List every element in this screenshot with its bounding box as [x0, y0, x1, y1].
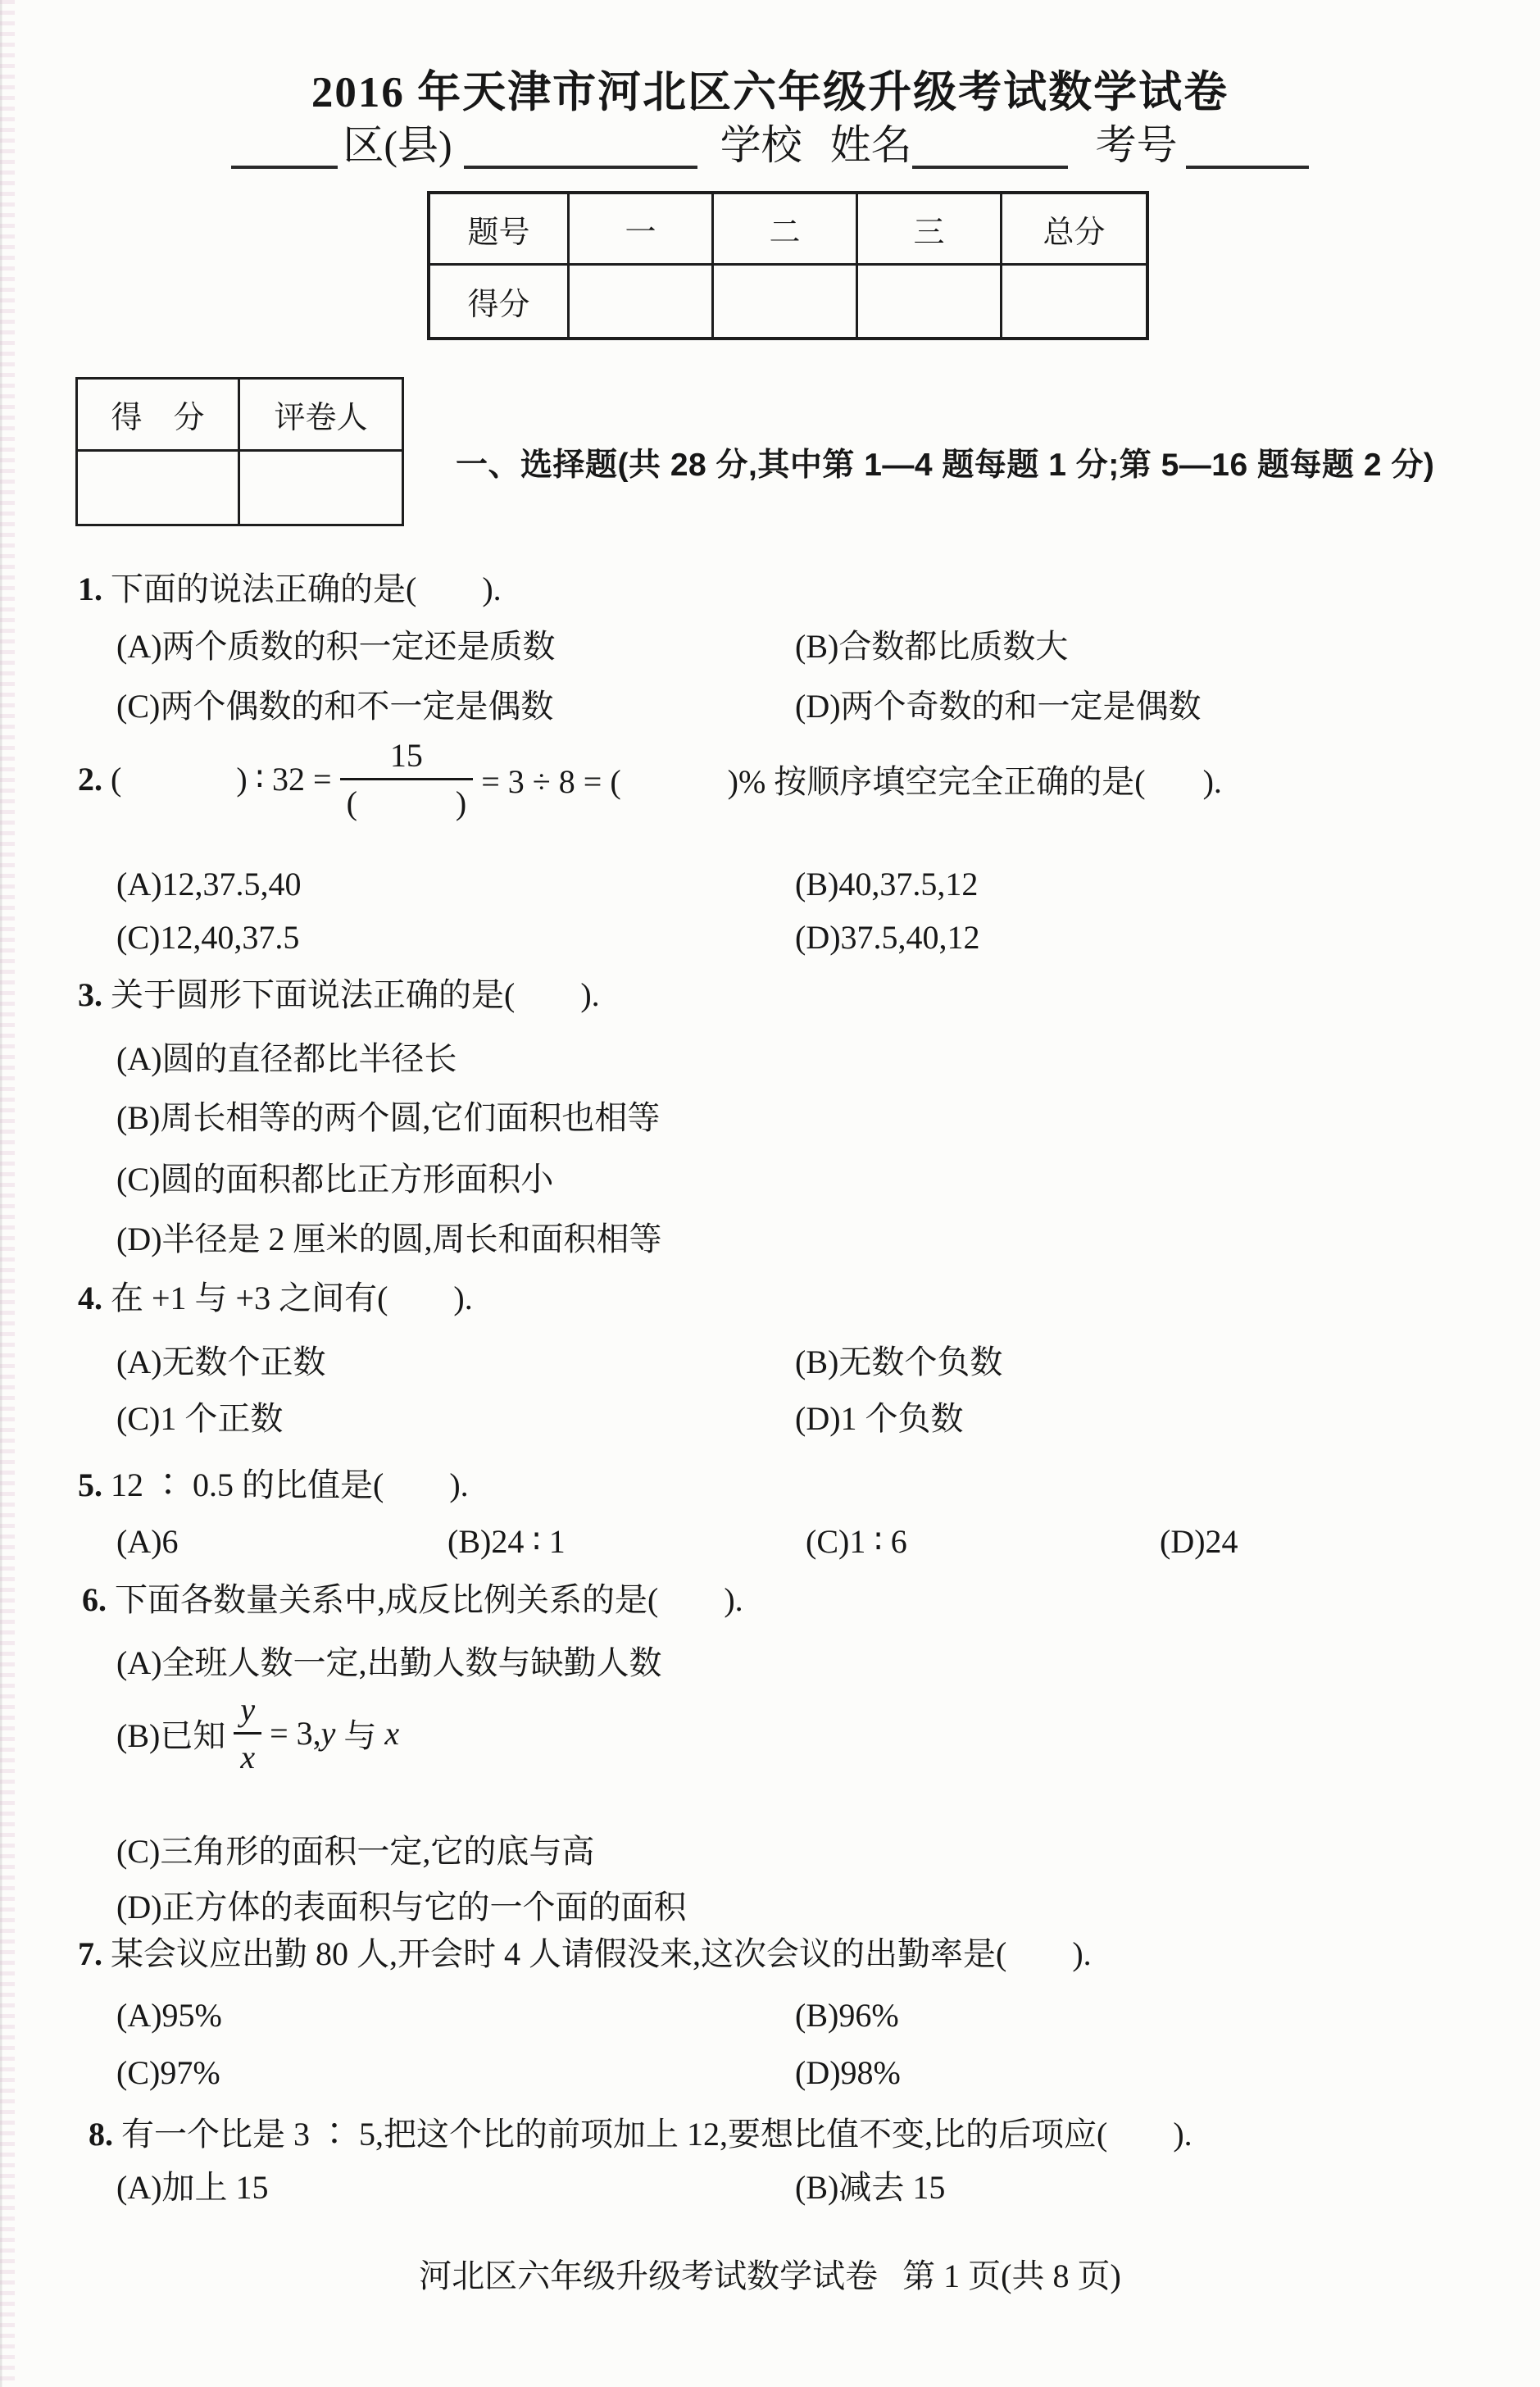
score-table-col-total: 总分: [1002, 194, 1146, 266]
score-table-col-3: 三: [858, 194, 1002, 266]
question-2-stem: 2. ( ) ∶ 32 =15( )= 3 ÷ 8 = ( )% 按顺序填空完全…: [78, 736, 1222, 822]
question-5-option-d: (D)24: [1160, 1522, 1238, 1562]
grader-person-empty: [240, 452, 402, 524]
exam-no-blank-line: [1186, 120, 1309, 169]
question-3-option-c: (C)圆的面积都比正方形面积小: [116, 1160, 553, 1199]
question-1-option-b: (B)合数都比质数大: [795, 627, 1068, 666]
question-8-option-b: (B)减去 15: [795, 2168, 945, 2207]
question-6-fraction: yx: [234, 1690, 261, 1776]
exam-title: 2016 年天津市河北区六年级升级考试数学试卷: [0, 57, 1540, 120]
question-6-option-c: (C)三角形的面积一定,它的底与高: [116, 1832, 594, 1871]
question-4-option-d: (D)1 个负数: [795, 1399, 964, 1439]
name-label: 姓名: [830, 122, 912, 170]
score-table-row-label: 得分: [430, 266, 570, 337]
question-7-option-c: (C)97%: [116, 2053, 220, 2093]
question-2-option-a: (A)12,37.5,40: [116, 865, 302, 904]
scan-edge-artifact: [0, 0, 15, 2387]
score-cell-empty-1: [570, 266, 714, 337]
question-6-option-d: (D)正方体的表面积与它的一个面的面积: [116, 1888, 687, 1927]
exam-no-label: 考号: [1096, 122, 1178, 170]
question-1-number: 1.: [78, 571, 102, 607]
question-3-option-a: (A)圆的直径都比半径长: [116, 1039, 457, 1079]
question-5-option-a: (A)6: [116, 1522, 179, 1562]
question-5-option-b: (B)24 ∶ 1: [447, 1522, 566, 1562]
score-cell-empty-3: [858, 266, 1002, 337]
score-summary-table: 题号 一 二 三 总分 得分: [427, 191, 1149, 340]
question-8-number: 8.: [89, 2116, 113, 2153]
page-footer: 河北区六年级升级考试数学试卷 第 1 页(共 8 页): [0, 2250, 1540, 2297]
question-4-option-c: (C)1 个正数: [116, 1399, 283, 1439]
section-1-heading: 一、选择题(共 28 分,其中第 1—4 题每题 1 分;第 5—16 题每题 …: [456, 439, 1434, 485]
question-2-option-c: (C)12,40,37.5: [116, 918, 299, 957]
question-7-option-a: (A)95%: [116, 1996, 222, 2035]
question-1-option-c: (C)两个偶数的和不一定是偶数: [116, 687, 553, 726]
question-3-option-d: (D)半径是 2 厘米的圆,周长和面积相等: [116, 1220, 662, 1259]
score-table-col-2: 二: [714, 194, 858, 266]
school-label: 学校: [720, 122, 802, 170]
question-4-number: 4.: [78, 1280, 102, 1316]
question-8-option-a: (A)加上 15: [116, 2168, 269, 2207]
grader-score-table: 得 分 评卷人: [75, 377, 404, 526]
question-1-stem: 1. 下面的说法正确的是( ).: [78, 570, 502, 609]
district-label: 区(县): [343, 122, 452, 170]
question-6-stem: 6. 下面各数量关系中,成反比例关系的是( ).: [82, 1580, 743, 1620]
question-6-option-b: (B)已知yx= 3,y 与 x: [116, 1690, 399, 1776]
question-1-option-d: (D)两个奇数的和一定是偶数: [795, 687, 1202, 726]
question-2-fraction: 15( ): [340, 736, 474, 822]
score-table-col-1: 一: [570, 194, 714, 266]
question-5-number: 5.: [78, 1466, 102, 1503]
question-2-option-d: (D)37.5,40,12: [795, 918, 980, 957]
question-2-option-b: (B)40,37.5,12: [795, 865, 978, 904]
candidate-info-line: 区(县)学校姓名考号: [0, 120, 1540, 169]
question-3-option-b: (B)周长相等的两个圆,它们面积也相等: [116, 1098, 660, 1138]
question-7-stem: 7. 某会议应出勤 80 人,开会时 4 人请假没来,这次会议的出勤率是( ).: [78, 1935, 1092, 1974]
question-7-number: 7.: [78, 1935, 102, 1972]
grader-score-label: 得 分: [78, 380, 240, 452]
question-4-option-a: (A)无数个正数: [116, 1343, 326, 1382]
question-6-option-a: (A)全班人数一定,出勤人数与缺勤人数: [116, 1644, 662, 1683]
score-cell-empty-2: [714, 266, 858, 337]
question-5-option-c: (C)1 ∶ 6: [806, 1522, 907, 1562]
district-blank-line: [231, 120, 338, 169]
name-blank-line: [912, 120, 1068, 169]
question-8-stem: 8. 有一个比是 3 ∶ 5,把这个比的前项加上 12,要想比值不变,比的后项应…: [89, 2115, 1192, 2154]
scanned-exam-page: { "page": { "title": "2016 年天津市河北区六年级升级考…: [0, 0, 1540, 2387]
question-2-number: 2.: [78, 760, 102, 798]
question-3-stem: 3. 关于圆形下面说法正确的是( ).: [78, 975, 600, 1015]
question-7-option-b: (B)96%: [795, 1996, 899, 2035]
grader-person-label: 评卷人: [240, 380, 402, 452]
question-3-number: 3.: [78, 976, 102, 1013]
grader-score-empty: [78, 452, 240, 524]
question-4-stem: 4. 在 +1 与 +3 之间有( ).: [78, 1279, 473, 1318]
question-4-option-b: (B)无数个负数: [795, 1343, 1002, 1382]
question-6-number: 6.: [82, 1581, 107, 1618]
question-1-option-a: (A)两个质数的积一定还是质数: [116, 627, 556, 666]
score-cell-empty-total: [1002, 266, 1146, 337]
question-7-option-d: (D)98%: [795, 2053, 901, 2093]
score-table-corner: 题号: [430, 194, 570, 266]
question-5-stem: 5. 12 ∶ 0.5 的比值是( ).: [78, 1466, 469, 1505]
school-blank-line: [464, 120, 697, 169]
